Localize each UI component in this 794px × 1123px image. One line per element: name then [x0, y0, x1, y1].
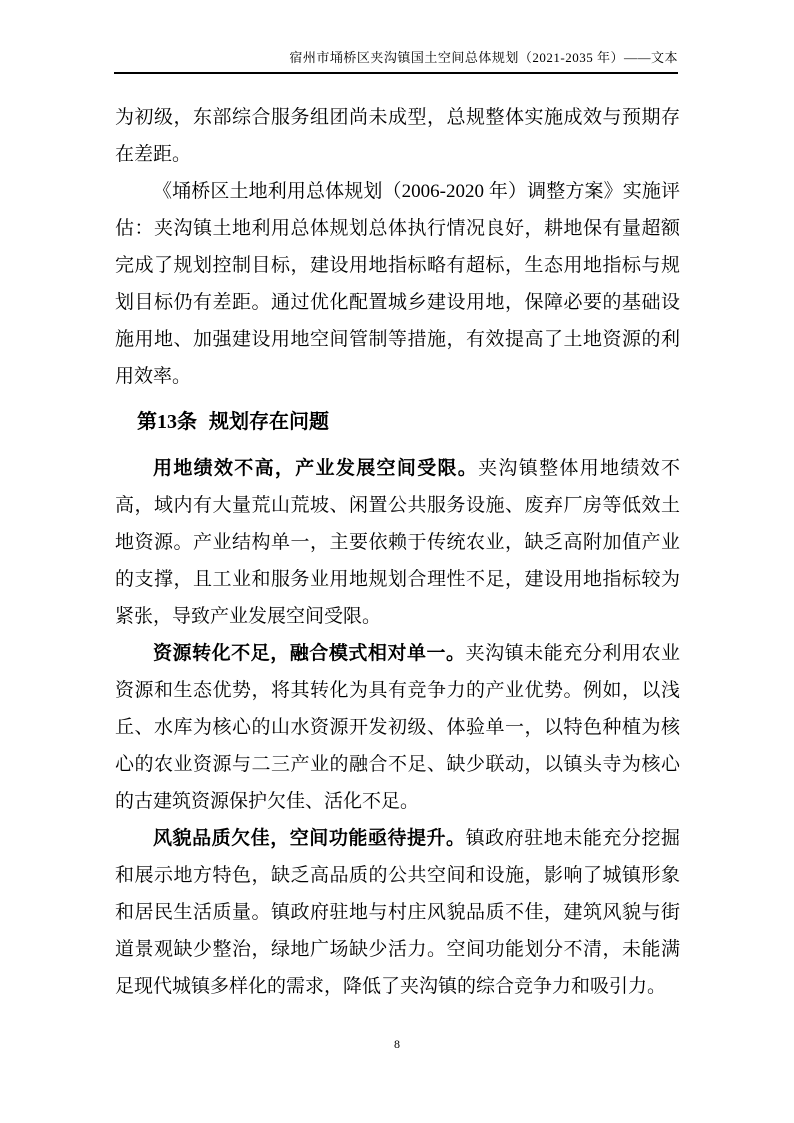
section-heading-number: 第13条: [137, 411, 197, 433]
paragraph-evaluation: 《埇桥区土地利用总体规划（2006-2020 年）调整方案》实施评估：夹沟镇土地…: [115, 173, 680, 395]
issue-text: 镇政府驻地未能充分挖掘和展示地方特色，缺乏高品质的公共空间和设施，影响了城镇形象…: [115, 828, 680, 997]
document-body: 为初级，东部综合服务组团尚未成型，总规整体实施成效与预期存在差距。 《埇桥区土地…: [115, 99, 680, 1005]
section-heading: 第13条规划存在问题: [115, 404, 680, 441]
issue-paragraph-townscape-quality: 风貌品质欠佳，空间功能亟待提升。镇政府驻地未能充分挖掘和展示地方特色，缺乏高品质…: [115, 820, 680, 1005]
page-header: 宿州市埇桥区夹沟镇国土空间总体规划（2021-2035 年）——文本: [114, 48, 678, 74]
issue-lead: 用地绩效不高，产业发展空间受限。: [153, 458, 478, 479]
header-title: 宿州市埇桥区夹沟镇国土空间总体规划（2021-2035 年）——文本: [289, 50, 678, 65]
issue-lead: 资源转化不足，融合模式相对单一。: [153, 643, 466, 664]
issue-paragraph-land-efficiency: 用地绩效不高，产业发展空间受限。夹沟镇整体用地绩效不高，域内有大量荒山荒坡、闲置…: [115, 450, 680, 635]
issue-text: 夹沟镇未能充分利用农业资源和生态优势，将其转化为具有竞争力的产业优势。例如，以浅…: [115, 643, 680, 812]
issue-lead: 风貌品质欠佳，空间功能亟待提升。: [153, 828, 466, 849]
page-footer: 8: [0, 1036, 794, 1052]
section-heading-title: 规划存在问题: [209, 411, 329, 433]
page-number: 8: [394, 1037, 400, 1051]
issue-text: 夹沟镇整体用地绩效不高，域内有大量荒山荒坡、闲置公共服务设施、废弃厂房等低效土地…: [115, 458, 680, 627]
document-page: 宿州市埇桥区夹沟镇国土空间总体规划（2021-2035 年）——文本 为初级，东…: [0, 0, 794, 1123]
paragraph-continuation: 为初级，东部综合服务组团尚未成型，总规整体实施成效与预期存在差距。: [115, 99, 680, 173]
issue-paragraph-resource-conversion: 资源转化不足，融合模式相对单一。夹沟镇未能充分利用农业资源和生态优势，将其转化为…: [115, 635, 680, 820]
